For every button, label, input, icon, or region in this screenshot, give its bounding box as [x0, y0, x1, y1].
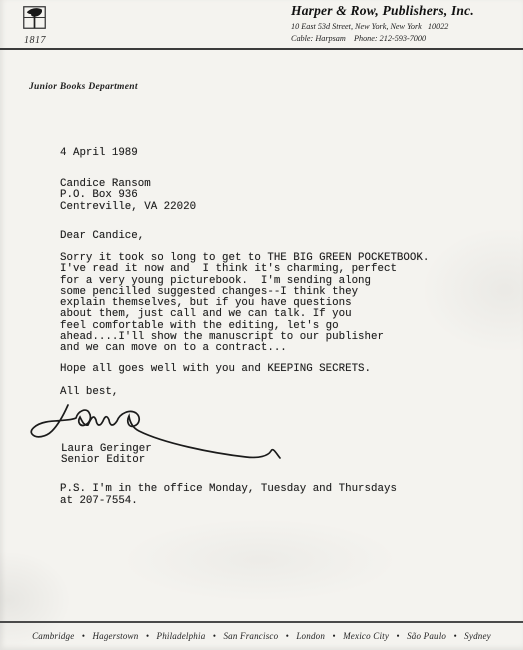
- body-paragraph-1: Sorry it took so long to get to THE BIG …: [60, 253, 429, 355]
- letter-date: 4 April 1989: [60, 148, 138, 159]
- footer-cities: Cambridge • Hagerstown • Philadelphia • …: [0, 631, 523, 641]
- signer-title: Senior Editor: [61, 455, 145, 466]
- company-address: 10 East 53d Street, New York, New York 1…: [291, 22, 474, 31]
- body-paragraph-2: Hope all goes well with you and KEEPING …: [60, 364, 371, 375]
- recipient-address: Candice Ransom P.O. Box 936 Centreville,…: [60, 179, 196, 213]
- letter-page: 1817 Harper & Row, Publishers, Inc. 10 E…: [0, 0, 523, 650]
- postscript: P.S. I'm in the office Monday, Tuesday a…: [60, 484, 397, 507]
- company-name: Harper & Row, Publishers, Inc.: [291, 3, 474, 19]
- salutation: Dear Candice,: [60, 231, 144, 242]
- letterhead: Harper & Row, Publishers, Inc. 10 East 5…: [291, 3, 474, 43]
- footer-divider: [0, 621, 523, 623]
- torch-logo-icon: [23, 6, 46, 29]
- publisher-logo: 1817: [23, 6, 46, 46]
- logo-year: 1817: [24, 35, 46, 46]
- department-label: Junior Books Department: [29, 82, 138, 92]
- header-divider: [0, 48, 523, 50]
- closing: All best,: [60, 387, 118, 398]
- company-cable-phone: Cable: Harpsam Phone: 212-593-7000: [291, 34, 474, 43]
